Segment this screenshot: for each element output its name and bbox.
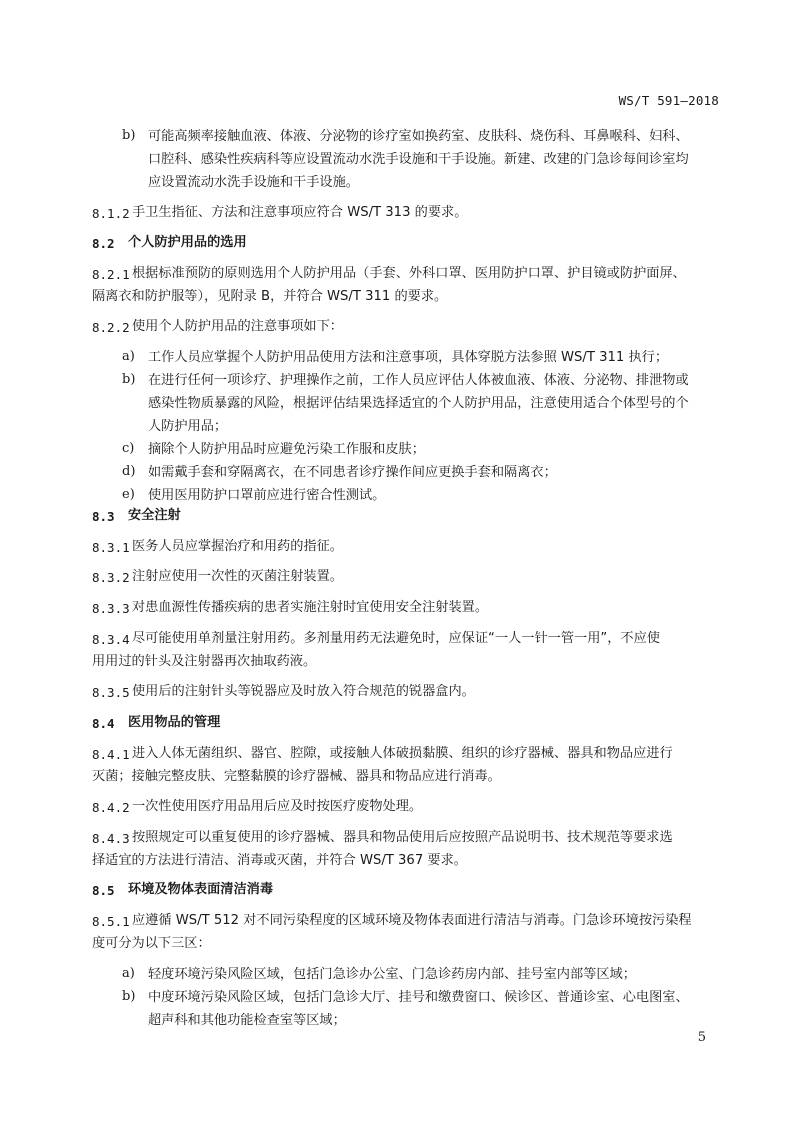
clause-text: 按照规定可以重复使用的诊疗器械、器具和物品使用后应按照产品说明书、技术规范等要求… xyxy=(132,826,673,849)
clause-number: 8.3.2 xyxy=(92,566,130,589)
list-item-text: 应设置流动水洗手设施和干手设施。 xyxy=(148,171,359,194)
clause-text: 用用过的针头及注射器再次抽取药液。 xyxy=(92,650,316,673)
list-item-text: 摘除个人防护用品时应避免污染工作服和皮肤； xyxy=(148,438,425,461)
clause-text: 尽可能使用单剂量注射用药。多剂量用药无法避免时，应保证“一人一针一管一用”，不应… xyxy=(132,627,660,650)
clause-number: 8.2.1 xyxy=(92,263,130,286)
list-item-text: 在进行任何一项诊疗、护理操作之前，工作人员应评估人体被血液、体液、分泌物、排泄物… xyxy=(148,369,689,392)
section-heading: 个人防护用品的选用 xyxy=(128,231,247,254)
list-marker: b) xyxy=(122,128,135,143)
list-item-text: 超声科和其他功能检查室等区域； xyxy=(148,1009,346,1032)
clause-number: 8.3.4 xyxy=(92,628,130,651)
list-item-text: 轻度环境污染风险区域，包括门急诊办公室、门急诊药房内部、挂号室内部等区域； xyxy=(148,963,636,986)
clause-text: 使用后的注射针头等锐器应及时放入符合规范的锐器盒内。 xyxy=(132,680,475,703)
list-item-text: 口腔科、感染性疾病科等应设置流动水洗手设施和干手设施。新建、改建的门急诊每间诊室… xyxy=(148,148,689,171)
clause-number: 8.4.3 xyxy=(92,827,130,850)
clause-number: 8.3.5 xyxy=(92,681,130,704)
clause-text: 对患血源性传播疾病的患者实施注射时宜使用安全注射装置。 xyxy=(132,596,488,619)
list-marker: a) xyxy=(122,349,135,364)
clause-text: 灭菌；接触完整皮肤、完整黏膜的诊疗器械、器具和物品应进行消毒。 xyxy=(92,765,501,788)
clause-text: 一次性使用医疗用品用后应及时按医疗废物处理。 xyxy=(132,795,422,818)
list-item-text: 感染性物质暴露的风险，根据评估结果选择适宜的个人防护用品，注意使用适合个体型号的… xyxy=(148,392,689,415)
list-marker: e) xyxy=(122,487,135,502)
list-marker: a) xyxy=(122,966,135,981)
clause-number: 8.5.1 xyxy=(92,910,130,933)
clause-number: 8.2.2 xyxy=(92,316,130,339)
clause-number: 8.4.2 xyxy=(92,796,130,819)
section-heading: 环境及物体表面清洁消毒 xyxy=(128,878,273,901)
clause-text: 医务人员应掌握治疗和用药的指征。 xyxy=(132,535,343,558)
standard-code-header: WS/T 591—2018 xyxy=(619,93,719,108)
clause-number: 8.1.2 xyxy=(92,202,130,225)
list-marker: b) xyxy=(122,372,135,387)
section-number: 8.3 xyxy=(92,505,115,528)
document-page: WS/T 591—2018 b) 可能高频率接触血液、体液、分泌物的诊疗室如换药… xyxy=(0,0,794,1123)
clause-number: 8.4.1 xyxy=(92,743,130,766)
clause-text: 进入人体无菌组织、器官、腔隙，或接触人体破损黏膜、组织的诊疗器械、器具和物品应进… xyxy=(132,742,673,765)
section-heading: 医用物品的管理 xyxy=(128,711,220,734)
clause-text: 手卫生指征、方法和注意事项应符合 WS/T 313 的要求。 xyxy=(132,201,467,224)
list-item-text: 如需戴手套和穿隔离衣，在不同患者诊疗操作间应更换手套和隔离衣； xyxy=(148,461,557,484)
section-number: 8.5 xyxy=(92,879,115,902)
section-number: 8.4 xyxy=(92,712,115,735)
clause-text: 度可分为以下三区： xyxy=(92,932,211,955)
page-number: 5 xyxy=(698,1030,706,1045)
clause-text: 使用个人防护用品的注意事项如下： xyxy=(132,315,343,338)
list-item-text: 人防护用品； xyxy=(148,415,227,438)
list-marker: d) xyxy=(122,464,135,479)
clause-text: 应遵循 WS/T 512 对不同污染程度的区域环境及物体表面进行清洁与消毒。门急… xyxy=(132,909,692,932)
section-heading: 安全注射 xyxy=(128,504,181,527)
list-item-text: 工作人员应掌握个人防护用品使用方法和注意事项，具体穿脱方法参照 WS/T 311… xyxy=(148,346,668,369)
clause-number: 8.3.3 xyxy=(92,597,130,620)
clause-text: 择适宜的方法进行清洁、消毒或灭菌，并符合 WS/T 367 要求。 xyxy=(92,849,467,872)
list-marker: c) xyxy=(122,441,134,456)
list-item-text: 中度环境污染风险区域，包括门急诊大厅、挂号和缴费窗口、候诊区、普通诊室、心电图室… xyxy=(148,986,689,1009)
section-number: 8.2 xyxy=(92,232,115,255)
clause-number: 8.3.1 xyxy=(92,536,130,559)
clause-text: 根据标准预防的原则选用个人防护用品（手套、外科口罩、医用防护口罩、护目镜或防护面… xyxy=(132,262,686,285)
clause-text: 注射应使用一次性的灭菌注射装置。 xyxy=(132,565,343,588)
list-item-text: 使用医用防护口罩前应进行密合性测试。 xyxy=(148,484,385,507)
list-marker: b) xyxy=(122,989,135,1004)
clause-text: 隔离衣和防护服等），见附录 B，并符合 WS/T 311 的要求。 xyxy=(92,285,447,308)
list-item-text: 可能高频率接触血液、体液、分泌物的诊疗室如换药室、皮肤科、烧伤科、耳鼻喉科、妇科… xyxy=(148,125,689,148)
